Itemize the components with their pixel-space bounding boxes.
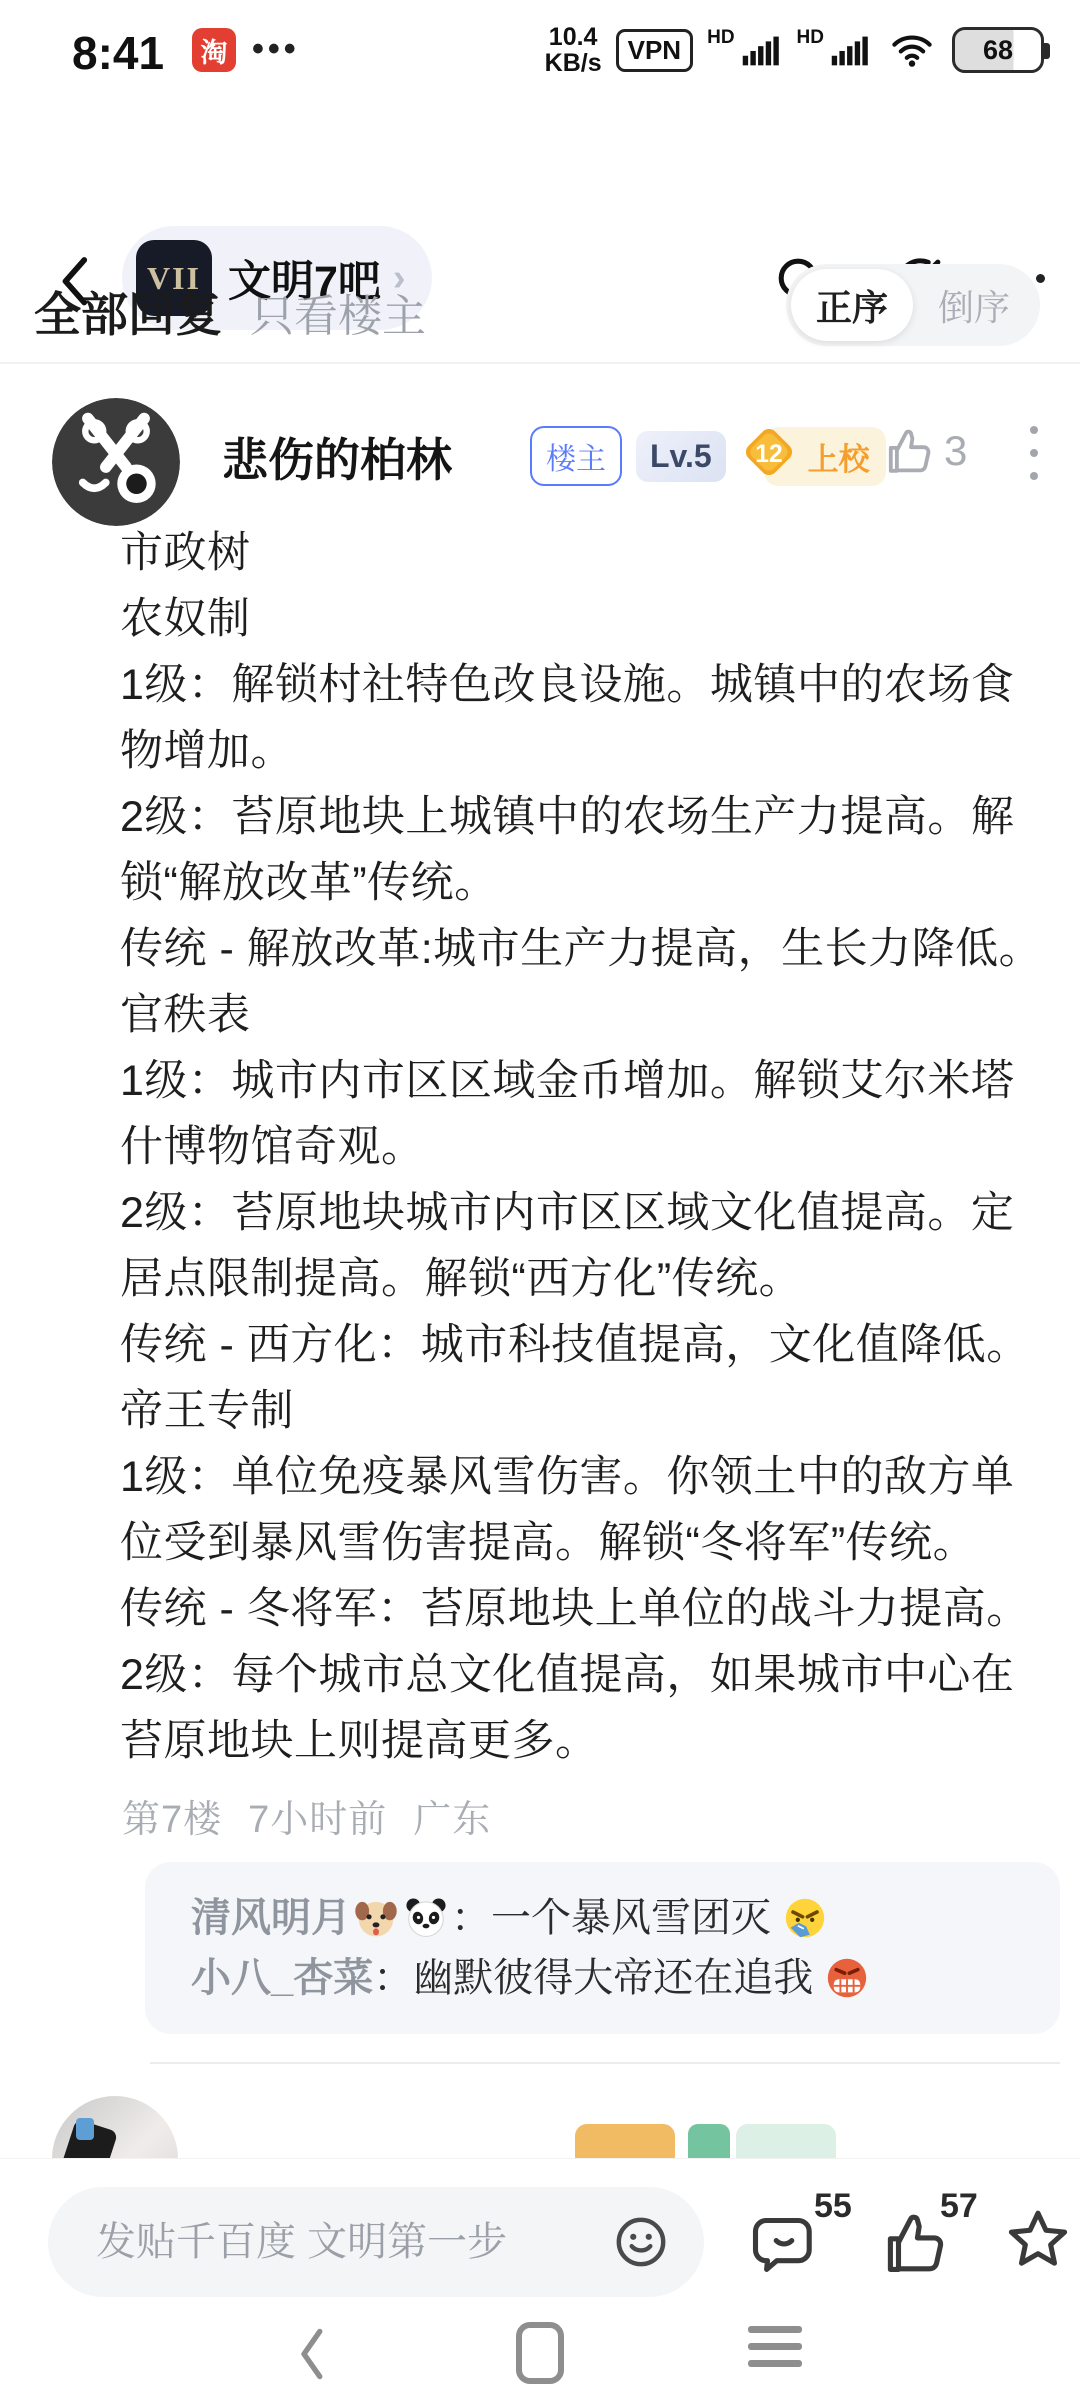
post-location: 广东 [413,1799,491,1841]
post-paragraph: 2级：苔原地块城市内市区区域文化值提高。定居点限制提高。解锁“西方化”传统。 [120,1180,1056,1312]
star-icon[interactable] [1000,2203,1076,2279]
notification-dots-icon: ••• [252,30,300,69]
clock: 8:41 [72,26,164,80]
comment-row[interactable]: 清风明月 ： 一个暴风雪团灭 [191,1892,1014,1944]
comment-preview-box[interactable]: 清风明月 ： 一个暴风雪团灭 小八_杏菜 ： 幽默彼得大帝还在追 [145,1862,1060,2034]
op-badge: 楼主 [530,426,622,486]
post-paragraph: 1级：城市内市区区域金币增加。解锁艾尔米塔什博物馆奇观。 [120,1048,1056,1180]
composer-bar: 55 57 [0,2158,1080,2308]
tab-op-only[interactable]: 只看楼主 [250,280,426,344]
home-icon[interactable] [516,2322,564,2384]
comment-user: 清风明月 [191,1892,351,1944]
post-paragraph: 帝王专制 [120,1378,1056,1444]
post-author[interactable]: 悲伤的柏林 [222,424,452,490]
wifi-icon [886,26,938,74]
post-paragraph: 官秩表 [120,982,1056,1048]
dog-emoji [353,1895,399,1941]
post-paragraph: 农奴制 [120,586,1056,652]
post-paragraph: 市政树 [120,520,1056,586]
avatar[interactable] [52,398,180,526]
post-meta: 第7楼7小时前广东 [122,1788,517,1843]
like-icon [880,424,934,478]
signal-bars-icon [737,27,783,73]
post-like-button[interactable]: 3 [880,424,967,478]
sort-toggle: 正序 倒序 [786,264,1040,346]
reply-filter-bar: 全部回复 只看楼主 正序 倒序 [0,252,1080,364]
red-grimace-emoji [823,1954,871,2002]
rank-diamond-icon: 12 [740,423,798,481]
agree-count: 57 [940,2187,978,2226]
system-back-icon[interactable] [286,2322,340,2386]
post-content: 市政树 农奴制 1级：解锁村社特色改良设施。城镇中的农场食物增加。 2级：苔原地… [120,520,1056,1774]
comment-text: 幽默彼得大帝还在追我 [413,1952,813,2004]
post-paragraph: 1级：解锁村社特色改良设施。城镇中的农场食物增加。 [120,652,1056,784]
status-bar: 8:41 淘 ••• 10.4 KB/s VPN HD HD 68 [0,0,1080,100]
signal-bars-icon [826,27,872,73]
rank-badge: 上校 12 [740,427,886,486]
divider [150,2062,1060,2064]
sort-desc-option[interactable]: 倒序 [913,269,1035,341]
battery-icon: 68 [952,27,1044,73]
sim1-signal: HD [707,27,782,73]
sim2-signal: HD [797,27,872,73]
comment-user: 小八_杏菜 [191,1952,373,2004]
tab-all-replies[interactable]: 全部回复 [34,278,222,345]
sort-asc-option[interactable]: 正序 [791,269,913,341]
emoji-icon[interactable] [610,2211,672,2273]
app-navbar: VII 文明7吧 › [0,100,1080,252]
post-paragraph: 传统 - 西方化：城市科技值提高，文化值降低。 [120,1312,1056,1378]
thumbs-up-icon[interactable] [876,2207,948,2279]
comment-text: 一个暴风雪团灭 [491,1892,771,1944]
comment-colon: ： [451,1892,491,1944]
post-paragraph: 2级：苔原地块上城镇中的农场生产力提高。解锁“解放改革”传统。 [120,784,1056,916]
comment-row[interactable]: 小八_杏菜 ： 幽默彼得大帝还在追我 [191,1952,1014,2004]
reply-input[interactable] [48,2187,704,2297]
comment-bubble-icon[interactable] [748,2207,820,2279]
rank-number: 12 [755,441,782,468]
menu-icon[interactable] [748,2326,802,2367]
system-navbar [0,2308,1080,2400]
panda-emoji [403,1895,449,1941]
post-paragraph: 1级：单位免疫暴风雪伤害。你领土中的敌方单位受到暴风雪伤害提高。解锁“冬将军”传… [120,1444,1056,1576]
post-time: 7小时前 [248,1799,387,1841]
comment-count: 55 [814,2187,852,2226]
post-paragraph: 传统 - 解放改革:城市生产力提高，生长力降低。 [120,916,1056,982]
comment-colon: ： [373,1952,413,2004]
post-paragraph: 2级：每个城市总文化值提高，如果城市中心在苔原地块上则提高更多。 [120,1642,1056,1774]
network-speed: 10.4 KB/s [545,24,602,76]
floor-number: 第7楼 [122,1799,222,1841]
post-like-count: 3 [944,427,967,475]
angry-bite-handkerchief-emoji [781,1894,829,1942]
vpn-badge-icon: VPN [616,29,693,72]
level-badge: Lv.5 [636,431,726,482]
post-paragraph: 传统 - 冬将军：苔原地块上单位的战斗力提高。 [120,1576,1056,1642]
author-badges: 楼主 Lv.5 上校 12 [530,426,886,486]
kebab-icon[interactable] [1024,420,1044,486]
taobao-app-icon: 淘 [192,28,236,72]
